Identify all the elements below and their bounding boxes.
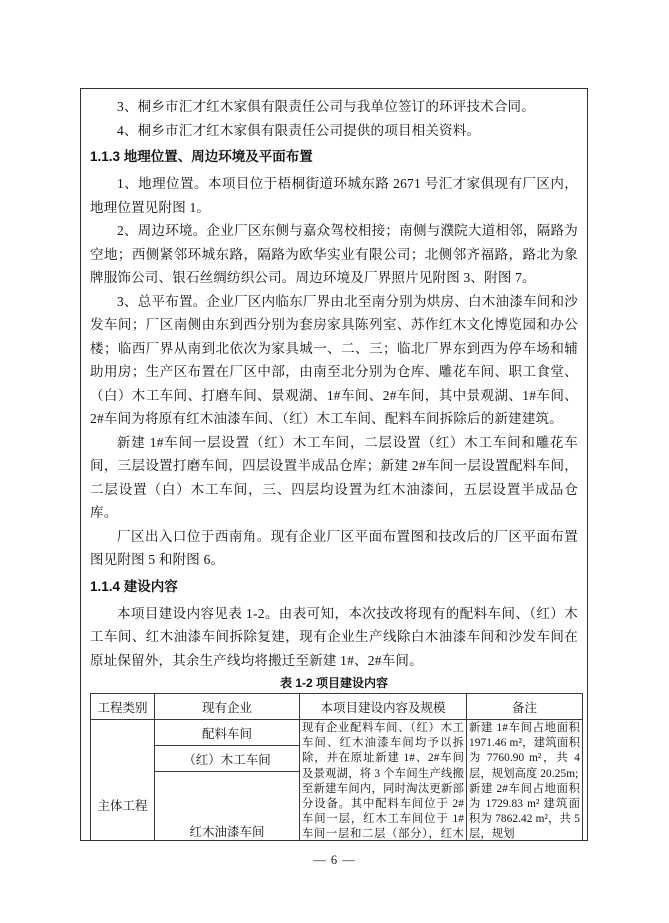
table-header-row: 工程类别 现有企业 本项目建设内容及规模 备注 bbox=[91, 694, 583, 720]
page-number: — 6 — bbox=[0, 853, 669, 868]
header-construction-scale: 本项目建设内容及规模 bbox=[300, 694, 467, 720]
section-heading-1-1-3: 1.1.3 地理位置、周边环境及平面布置 bbox=[90, 145, 578, 169]
header-existing-enterprise: 现有企业 bbox=[155, 694, 300, 720]
cell-remarks: 新建 1#车间占地面积 1971.46 m²，建筑面积为 7760.90 m²，… bbox=[467, 720, 583, 842]
cell-main-project: 主体工程 bbox=[91, 720, 155, 842]
paragraph-reference-4: 4、桐乡市汇才红木家俱有限责任公司提供的项目相关资料。 bbox=[90, 119, 578, 143]
section-heading-1-1-4: 1.1.4 建设内容 bbox=[90, 575, 578, 599]
paragraph-factory-entrance: 厂区出入口位于西南角。现有企业厂区平面布置图和技改后的厂区平面布置图见附图 5 … bbox=[90, 525, 578, 572]
cell-material-workshop: 配料车间 bbox=[155, 720, 300, 746]
remark-workshop-1: 新建 1#车间占地面积 1971.46 m²，建筑面积为 7760.90 m²，… bbox=[469, 721, 580, 782]
project-construction-table: 工程类别 现有企业 本项目建设内容及规模 备注 主体工程 配料车间 现有企业配料… bbox=[90, 693, 583, 841]
cell-redwood-paint-workshop: 红木油漆车间 bbox=[155, 772, 300, 842]
paragraph-new-workshops: 新建 1#车间一层设置（红）木工车间，二层设置（红）木工车间和雕花车间，三层设置… bbox=[90, 431, 578, 525]
cell-red-wood-workshop: （红）木工车间 bbox=[155, 746, 300, 772]
paragraph-reference-3: 3、桐乡市汇才红木家俱有限责任公司与我单位签订的环评技术合同。 bbox=[90, 95, 578, 119]
construction-content-text: 现有企业配料车间、（红）木工车间、红木油漆车间均予以拆除，并在原址新建 1#、2… bbox=[302, 721, 464, 841]
document-page: 3、桐乡市汇才红木家俱有限责任公司与我单位签订的环评技术合同。 4、桐乡市汇才红… bbox=[0, 0, 669, 923]
table-caption: 表 1-2 项目建设内容 bbox=[90, 675, 578, 691]
table-row: 主体工程 配料车间 现有企业配料车间、（红）木工车间、红木油漆车间均予以拆除，并… bbox=[91, 720, 583, 746]
paragraph-construction-content: 本项目建设内容见表 1-2。由表可知，本次技改将现有的配料车间、（红）木工车间、… bbox=[90, 602, 578, 673]
cell-construction-content: 现有企业配料车间、（红）木工车间、红木油漆车间均予以拆除，并在原址新建 1#、2… bbox=[300, 720, 467, 842]
header-remarks: 备注 bbox=[467, 694, 583, 720]
header-project-category: 工程类别 bbox=[91, 694, 155, 720]
paragraph-surrounding-environment: 2、周边环境。企业厂区东侧与嘉众驾校相接；南侧与濮院大道相邻，隔路为空地；西侧紧… bbox=[90, 219, 578, 290]
paragraph-geographic-location: 1、地理位置。本项目位于梧桐街道环城东路 2671 号汇才家俱现有厂区内，地理位… bbox=[90, 172, 578, 219]
paragraph-general-layout: 3、总平布置。企业厂区内临东厂界由北至南分别为烘房、白木油漆车间和沙发车间；厂区… bbox=[90, 290, 578, 431]
remark-workshop-2: 新建 2#车间占地面积为 1729.83 m² 建筑面积为 7862.42 m²… bbox=[469, 782, 580, 841]
page-border-frame: 3、桐乡市汇才红木家俱有限责任公司与我单位签订的环评技术合同。 4、桐乡市汇才红… bbox=[80, 88, 588, 841]
